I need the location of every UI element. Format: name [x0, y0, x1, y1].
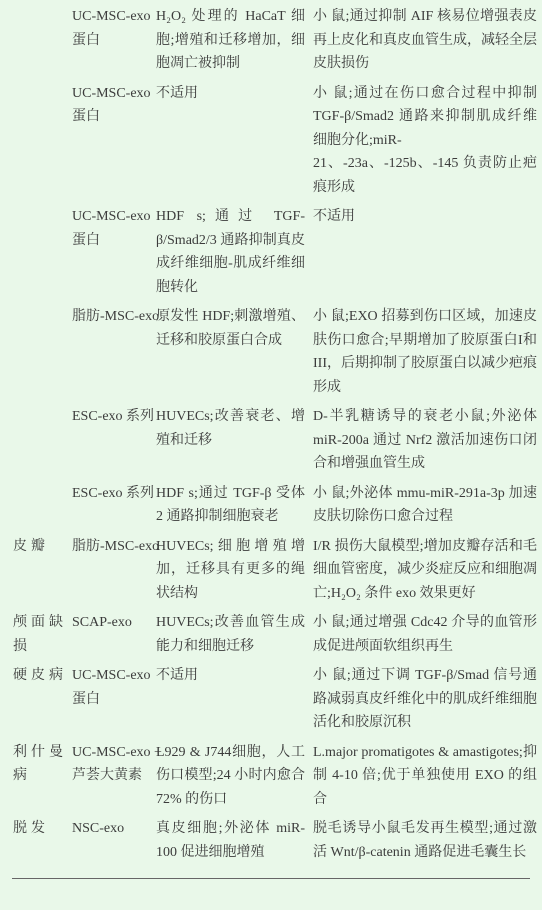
cell-exosome-type: ESC-exo 系列 — [72, 405, 156, 482]
cell-in-vivo: 小 鼠;外泌体 mmu-miR-291a-3p 加速皮肤切除伤口愈合过程 — [313, 482, 542, 535]
cell-in-vivo: 小 鼠;通过抑制 AIF 核易位增强表皮再上皮化和真皮血管生成，减轻全层皮肤损伤 — [313, 5, 542, 82]
table-row: UC-MSC-exo 蛋白 H₂O₂ 处理的 HaCaT 细胞;增殖和迁移增加，… — [0, 5, 542, 82]
cell-in-vitro: HUVECs;改善血管生成能力和细胞迁移 — [156, 611, 313, 664]
cell-exosome-type: 脂肪-MSC-exo — [72, 305, 156, 405]
cell-exosome-type: NSC-exo — [72, 817, 156, 870]
cell-in-vitro: 不适用 — [156, 664, 313, 741]
cell-exosome-type: UC-MSC-exo 蛋白 — [72, 205, 156, 305]
cell-disease — [0, 82, 72, 206]
cell-disease: 颅面缺 损 — [0, 611, 72, 664]
cell-in-vivo: 小 鼠;通过下调 TGF-β/Smad 信号通路减弱真皮纤维化中的肌成纤维细胞活… — [313, 664, 542, 741]
cell-in-vivo: 脱毛诱导小鼠毛发再生模型;通过激活 Wnt/β-catenin 通路促进毛囊生长 — [313, 817, 542, 870]
cell-exosome-type: UC-MSC-exo 蛋白 — [72, 5, 156, 82]
table-row: 脱发 NSC-exo 真皮细胞;外泌体 miR-100 促进细胞增殖 脱毛诱导小… — [0, 817, 542, 870]
table-row: UC-MSC-exo 蛋白 HDF s;通过 TGF-β/Smad2/3 通路抑… — [0, 205, 542, 305]
cell-in-vitro: HDF s;通过 TGF-β 受体 2 通路抑制细胞衰老 — [156, 482, 313, 535]
cell-disease — [0, 405, 72, 482]
cell-in-vitro: H₂O₂ 处理的 HaCaT 细胞;增殖和迁移增加，细胞凋亡被抑制 — [156, 5, 313, 82]
cell-disease: 利什曼 病 — [0, 741, 72, 818]
cell-exosome-type: 脂肪-MSC-exo — [72, 535, 156, 612]
table-row: ESC-exo 系列 HDF s;通过 TGF-β 受体 2 通路抑制细胞衰老 … — [0, 482, 542, 535]
table-row: ESC-exo 系列 HUVECs;改善衰老、增殖和迁移 D-半乳糖诱导的衰老小… — [0, 405, 542, 482]
document-page: UC-MSC-exo 蛋白 H₂O₂ 处理的 HaCaT 细胞;增殖和迁移增加，… — [0, 0, 542, 879]
cell-in-vitro: HUVECs;细胞增殖增加，迁移具有更多的绳状结构 — [156, 535, 313, 612]
table-row: 硬皮病 UC-MSC-exo 蛋白 不适用 小 鼠;通过下调 TGF-β/Sma… — [0, 664, 542, 741]
cell-exosome-type: UC-MSC-exo + 芦荟大黄素 — [72, 741, 156, 818]
table-row: 脂肪-MSC-exo 原发性 HDF;刺激增殖、迁移和胶原蛋白合成 小 鼠;EX… — [0, 305, 542, 405]
cell-disease: 皮瓣 — [0, 535, 72, 612]
cell-disease: 硬皮病 — [0, 664, 72, 741]
cell-exosome-type: SCAP-exo — [72, 611, 156, 664]
table-row: 皮瓣 脂肪-MSC-exo HUVECs;细胞增殖增加，迁移具有更多的绳状结构 … — [0, 535, 542, 612]
cell-in-vivo: 小 鼠;通过增强 Cdc42 介导的血管形成促进颅面软组织再生 — [313, 611, 542, 664]
cell-exosome-type: ESC-exo 系列 — [72, 482, 156, 535]
cell-in-vivo: 小 鼠;EXO 招募到伤口区域，加速皮肤伤口愈合;早期增加了胶原蛋白I和III，… — [313, 305, 542, 405]
cell-disease — [0, 205, 72, 305]
cell-in-vitro: 真皮细胞;外泌体 miR-100 促进细胞增殖 — [156, 817, 313, 870]
cell-in-vitro: HUVECs;改善衰老、增殖和迁移 — [156, 405, 313, 482]
cell-exosome-type: UC-MSC-exo 蛋白 — [72, 82, 156, 206]
cell-in-vivo: D-半乳糖诱导的衰老小鼠;外泌体 miR-200a 通过 Nrf2 激活加速伤口… — [313, 405, 542, 482]
table-row: 颅面缺 损 SCAP-exo HUVECs;改善血管生成能力和细胞迁移 小 鼠;… — [0, 611, 542, 664]
cell-in-vitro: L929 & J744细胞，人工伤口模型;24 小时内愈合 72% 的伤口 — [156, 741, 313, 818]
cell-disease — [0, 305, 72, 405]
cell-in-vitro: 原发性 HDF;刺激增殖、迁移和胶原蛋白合成 — [156, 305, 313, 405]
exosome-therapy-table: UC-MSC-exo 蛋白 H₂O₂ 处理的 HaCaT 细胞;增殖和迁移增加，… — [0, 5, 542, 870]
cell-in-vivo: 小 鼠;通过在伤口愈合过程中抑制 TGF-β/Smad2 通路来抑制肌成纤维细胞… — [313, 82, 542, 206]
table-bottom-rule — [12, 878, 530, 879]
cell-disease: 脱发 — [0, 817, 72, 870]
cell-in-vivo: 不适用 — [313, 205, 542, 305]
cell-in-vitro: 不适用 — [156, 82, 313, 206]
cell-in-vivo: I/R 损伤大鼠模型;增加皮瓣存活和毛细血管密度，减少炎症反应和细胞凋亡;H₂O… — [313, 535, 542, 612]
table-row: 利什曼 病 UC-MSC-exo + 芦荟大黄素 L929 & J744细胞，人… — [0, 741, 542, 818]
table-row: UC-MSC-exo 蛋白 不适用 小 鼠;通过在伤口愈合过程中抑制 TGF-β… — [0, 82, 542, 206]
cell-in-vitro: HDF s;通过 TGF-β/Smad2/3 通路抑制真皮成纤维细胞-肌成纤维细… — [156, 205, 313, 305]
cell-disease — [0, 5, 72, 82]
cell-disease — [0, 482, 72, 535]
cell-in-vivo: L.major promatigotes & amastigotes;抑制 4-… — [313, 741, 542, 818]
cell-exosome-type: UC-MSC-exo 蛋白 — [72, 664, 156, 741]
